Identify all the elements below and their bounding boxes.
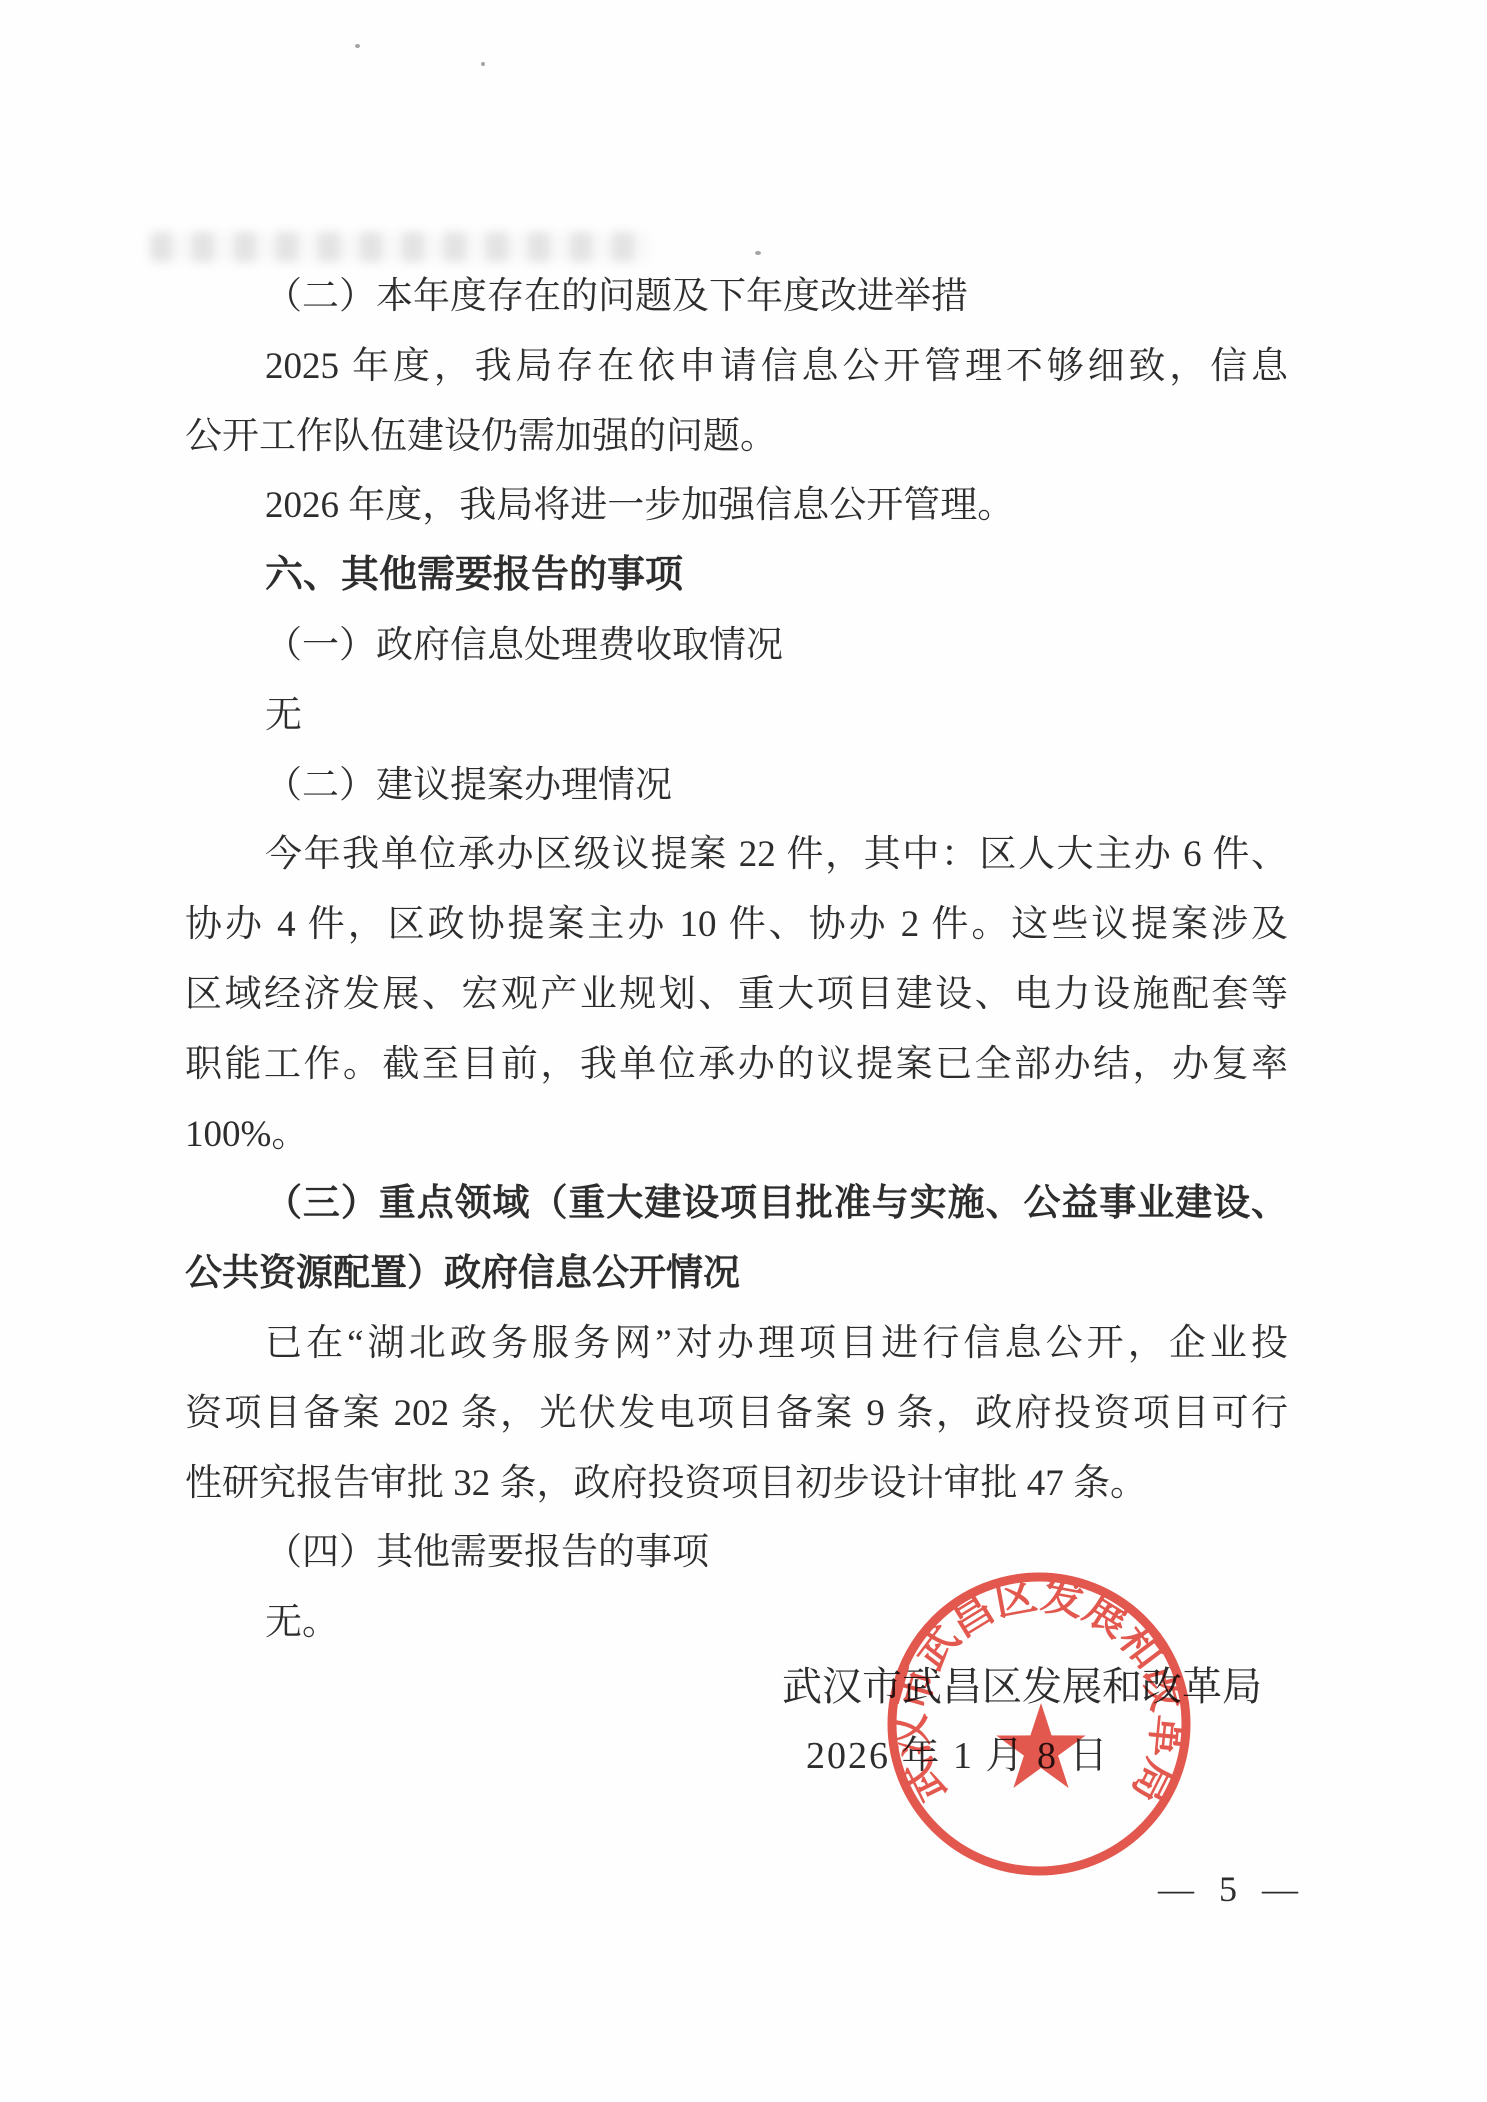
text-line: 2026 年度，我局将进一步加强信息公开管理。 [185, 471, 1288, 541]
bleed-through-smudge [150, 232, 650, 262]
text-line: （二）本年度存在的问题及下年度改进举措 [185, 262, 1288, 332]
text-line: （一）政府信息处理费收取情况 [185, 611, 1288, 681]
text-line: 职能工作。截至目前，我单位承办的议提案已全部办结，办复率 [185, 1030, 1288, 1100]
text-line: 100%。 [185, 1100, 1288, 1170]
text-line: 协办 4 件，区政协提案主办 10 件、协办 2 件。这些议提案涉及 [185, 890, 1288, 960]
document-page: （二）本年度存在的问题及下年度改进举措2025 年度，我局存在依申请信息公开管理… [0, 0, 1487, 2102]
text-line: 公共资源配置）政府信息公开情况 [185, 1239, 1288, 1309]
text-line: 六、其他需要报告的事项 [185, 541, 1288, 611]
text-line: （四）其他需要报告的事项 [185, 1518, 1288, 1588]
scan-speck [481, 62, 485, 66]
document-body: （二）本年度存在的问题及下年度改进举措2025 年度，我局存在依申请信息公开管理… [185, 262, 1288, 1658]
text-line: 区域经济发展、宏观产业规划、重大项目建设、电力设施配套等 [185, 960, 1288, 1030]
text-line: （三）重点领域（重大建设项目批准与实施、公益事业建设、 [185, 1169, 1288, 1239]
text-line: 今年我单位承办区级议提案 22 件，其中：区人大主办 6 件、 [185, 820, 1288, 890]
scan-speck [355, 44, 360, 48]
text-line: 无 [185, 681, 1288, 751]
text-line: 无。 [185, 1588, 1288, 1658]
text-line: 公开工作队伍建设仍需加强的问题。 [185, 402, 1288, 472]
text-line: 已在“湖北政务服务网”对办理项目进行信息公开，企业投 [185, 1309, 1288, 1379]
signature-date: 2026 年 1 月 8 日 [806, 1731, 1110, 1781]
agency-signature: 武汉市武昌区发展和改革局 [782, 1660, 1262, 1714]
text-line: 2025 年度，我局存在依申请信息公开管理不够细致，信息 [185, 332, 1288, 402]
text-line: （二）建议提案办理情况 [185, 751, 1288, 821]
scan-speck [755, 251, 761, 255]
page-number: — 5 — [1158, 1864, 1306, 1914]
text-line: 性研究报告审批 32 条，政府投资项目初步设计审批 47 条。 [185, 1449, 1288, 1519]
text-line: 资项目备案 202 条，光伏发电项目备案 9 条，政府投资项目可行 [185, 1379, 1288, 1449]
